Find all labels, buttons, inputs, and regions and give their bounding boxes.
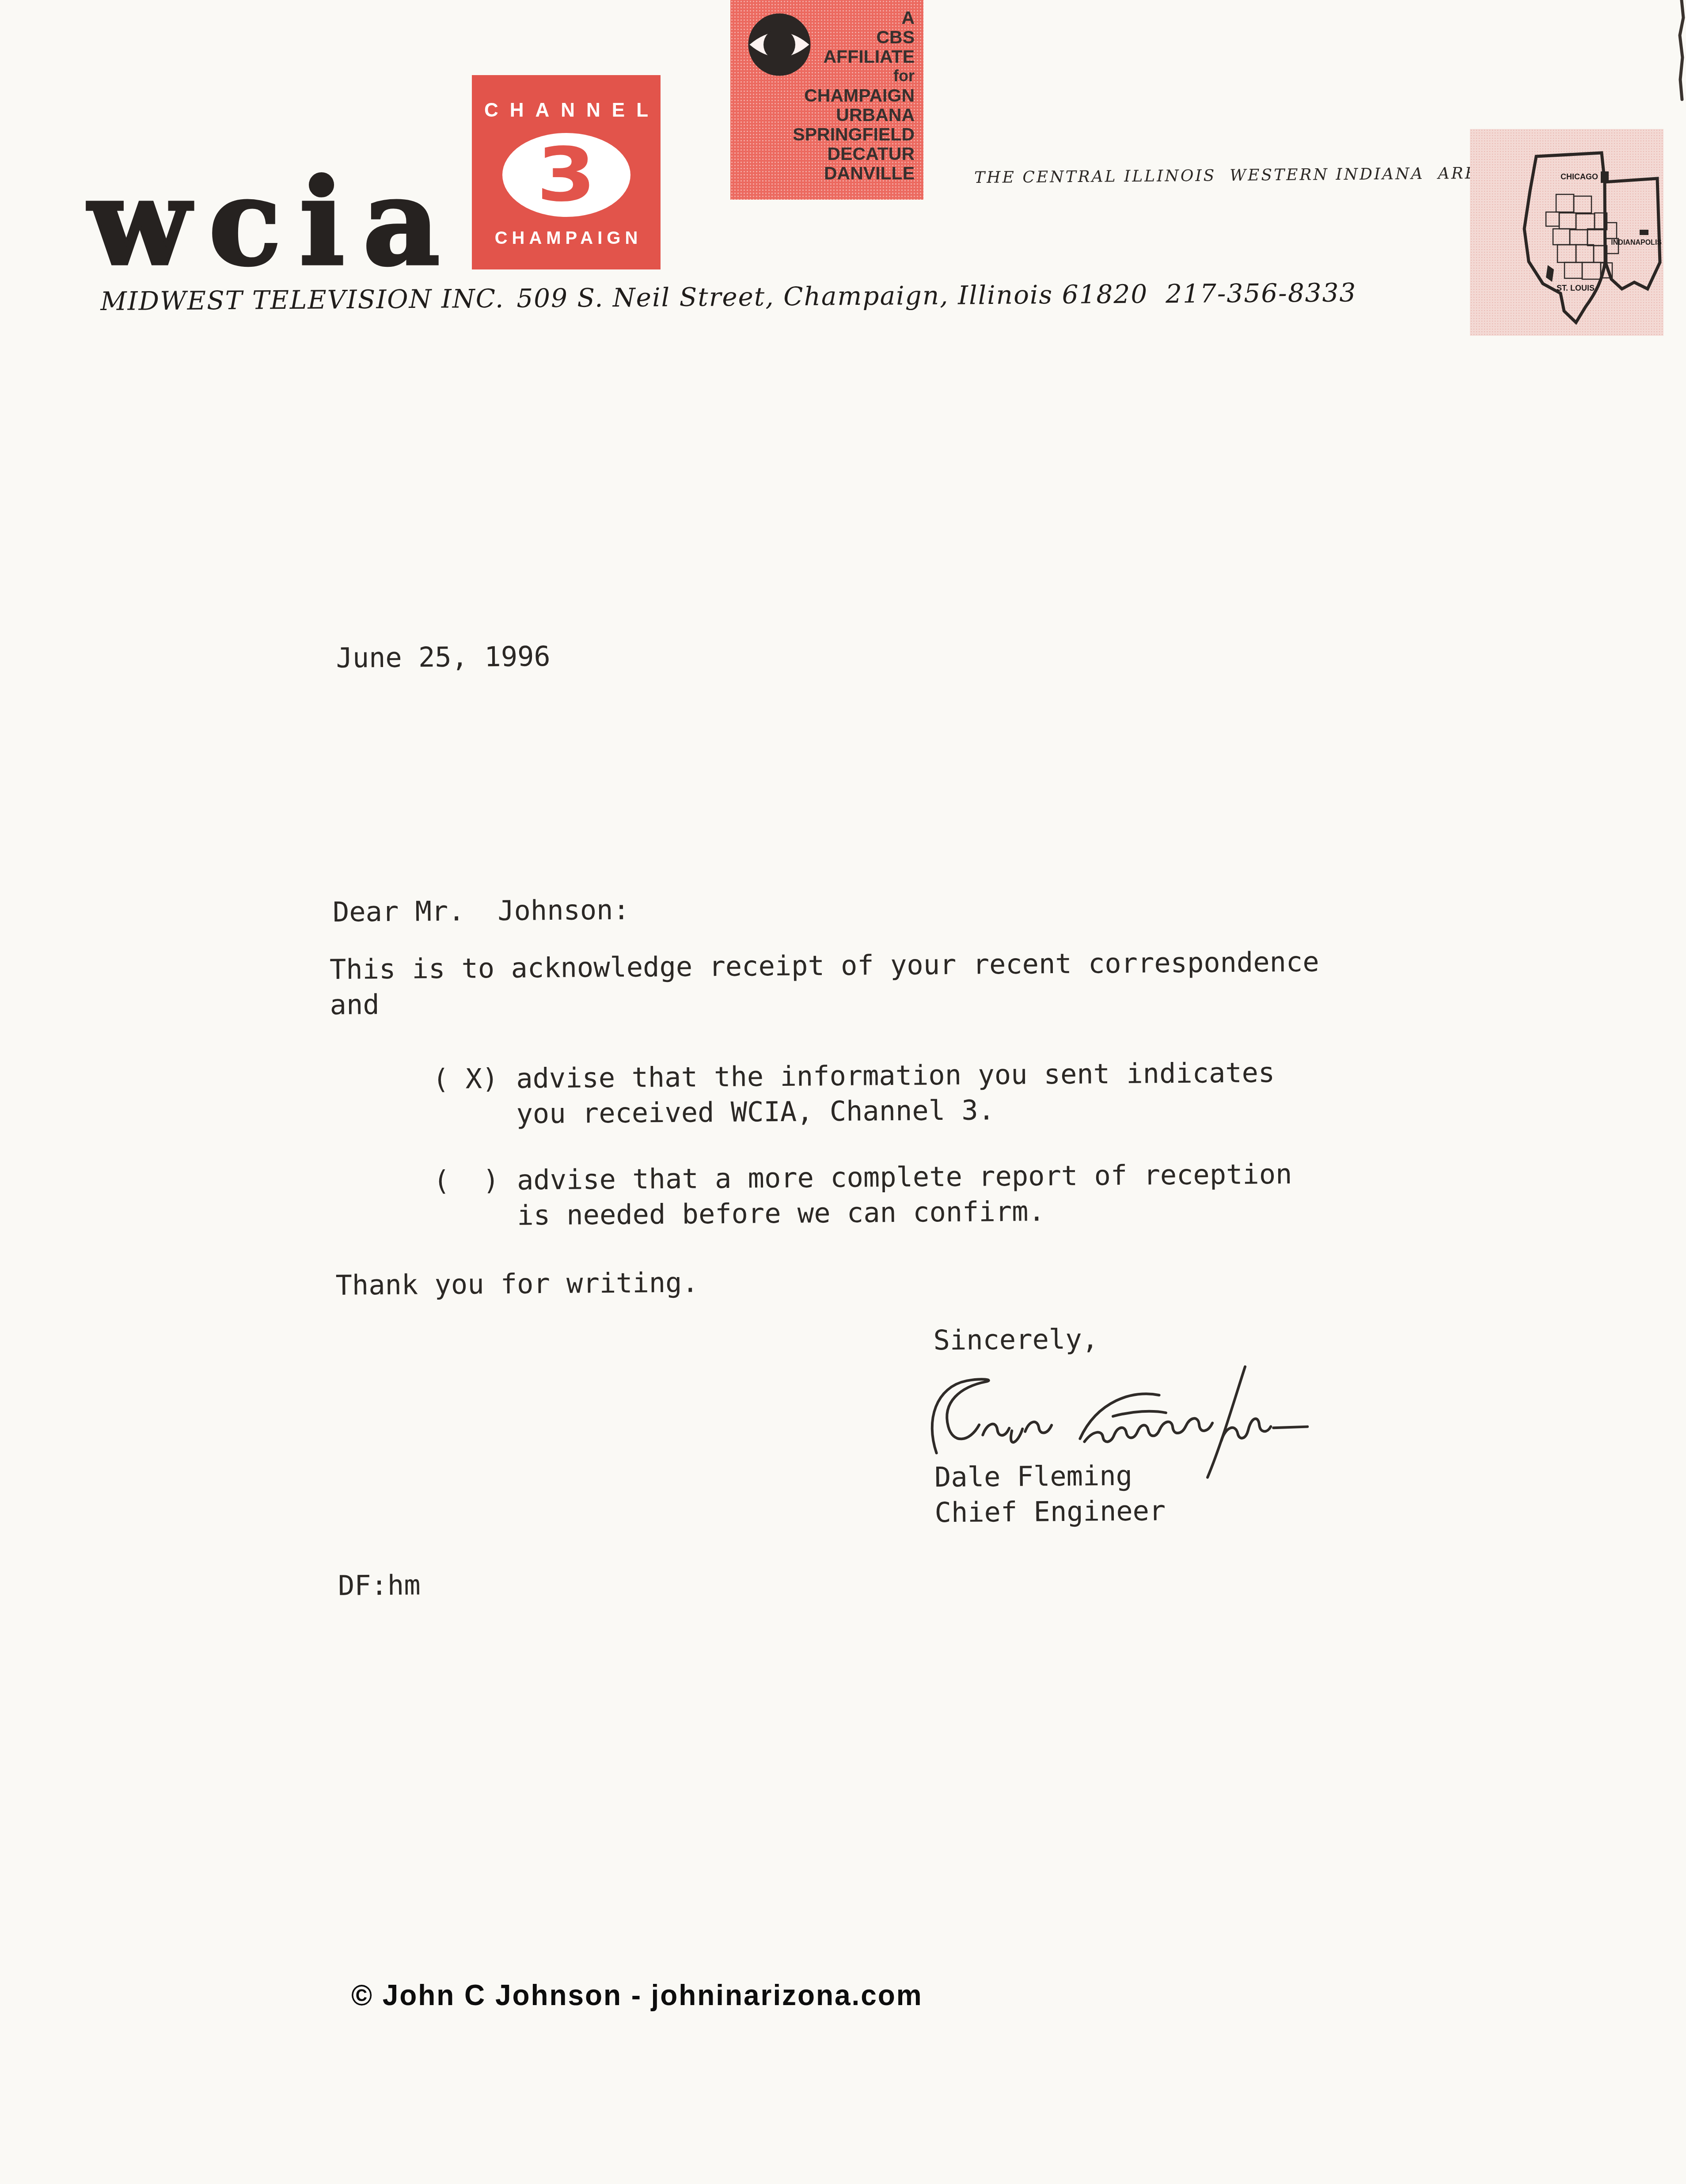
signed-title: Chief Engineer [934,1495,1166,1528]
wcia-logo: wcia [88,163,458,282]
checkbox-empty: ( ) [433,1164,499,1197]
letter-date: June 25, 1996 [336,641,551,674]
indiana-outline [1605,178,1660,289]
indianapolis-label: INDIANAPOLIS [1611,239,1662,246]
chicago-label: CHICAGO [1561,172,1598,181]
option-text-continued: you received WCIA, Channel 3. [516,1095,995,1129]
indianapolis-mark [1640,230,1648,235]
intro-line: and [330,989,380,1020]
option-text: advise that a more complete report of re… [517,1158,1292,1196]
cbs-badge-line: DECATUR [730,144,915,163]
street-address: 509 S. Neil Street, Champaign, Illinois … [516,279,1148,313]
channel-badge-city: CHAMPAIGN [490,228,642,248]
channel-3-badge: CHANNEL 3 CHAMPAIGN [472,75,661,269]
checkbox-marked: ( X) [433,1062,499,1095]
intro-line: This is to acknowledge receipt of your r… [330,946,1319,985]
signed-name: Dale Fleming [934,1460,1132,1493]
option-row-unchecked: ( )advise that a more complete report of… [433,1159,1292,1196]
cbs-affiliate-badge: A CBS AFFILIATE for CHAMPAIGN URBANA SPR… [730,0,923,200]
cbs-badge-line: URBANA [730,105,915,125]
option-text: advise that the information you sent ind… [516,1056,1275,1094]
letter-body: June 25, 1996 Dear Mr. Johnson: This is … [327,623,1484,1692]
chicago-mark [1601,171,1609,183]
letter-scan-page: wcia CHANNEL 3 CHAMPAIGN A CBS AFFILIATE… [0,0,1686,2184]
coverage-map-drawing: CHICAGO ST. LOUIS INDIANAPOLIS [1470,129,1663,336]
option-row-checked: ( X)advise that the information you sent… [433,1057,1275,1095]
channel-3-number: 3 [536,138,596,212]
thanks-line: Thank you for writing. [335,1267,699,1301]
st-louis-label: ST. LOUIS [1557,284,1595,292]
copyright-credit: © John C Johnson - johninarizona.com [351,1978,923,2012]
cbs-eye-pupil [763,29,795,61]
cbs-eye-icon [746,11,813,78]
channel-3-ellipse: 3 [502,133,630,217]
st-louis-mark [1546,265,1554,282]
typist-reference: DF:hm [338,1570,421,1601]
salutation: Dear Mr. Johnson: [333,895,630,928]
company-name: MIDWEST TELEVISION INC. [100,284,505,316]
scan-artifact [1668,0,1686,106]
channel-badge-word: CHANNEL [473,99,660,121]
cbs-badge-line: SPRINGFIELD [730,125,915,144]
phone-number: 217-356-8333 [1166,277,1357,309]
option-text-continued: is needed before we can confirm. [517,1196,1045,1231]
coverage-map: CHICAGO ST. LOUIS INDIANAPOLIS [1470,129,1663,336]
cbs-badge-line: CHAMPAIGN [730,86,915,105]
cbs-badge-line: DANVILLE [730,163,915,183]
